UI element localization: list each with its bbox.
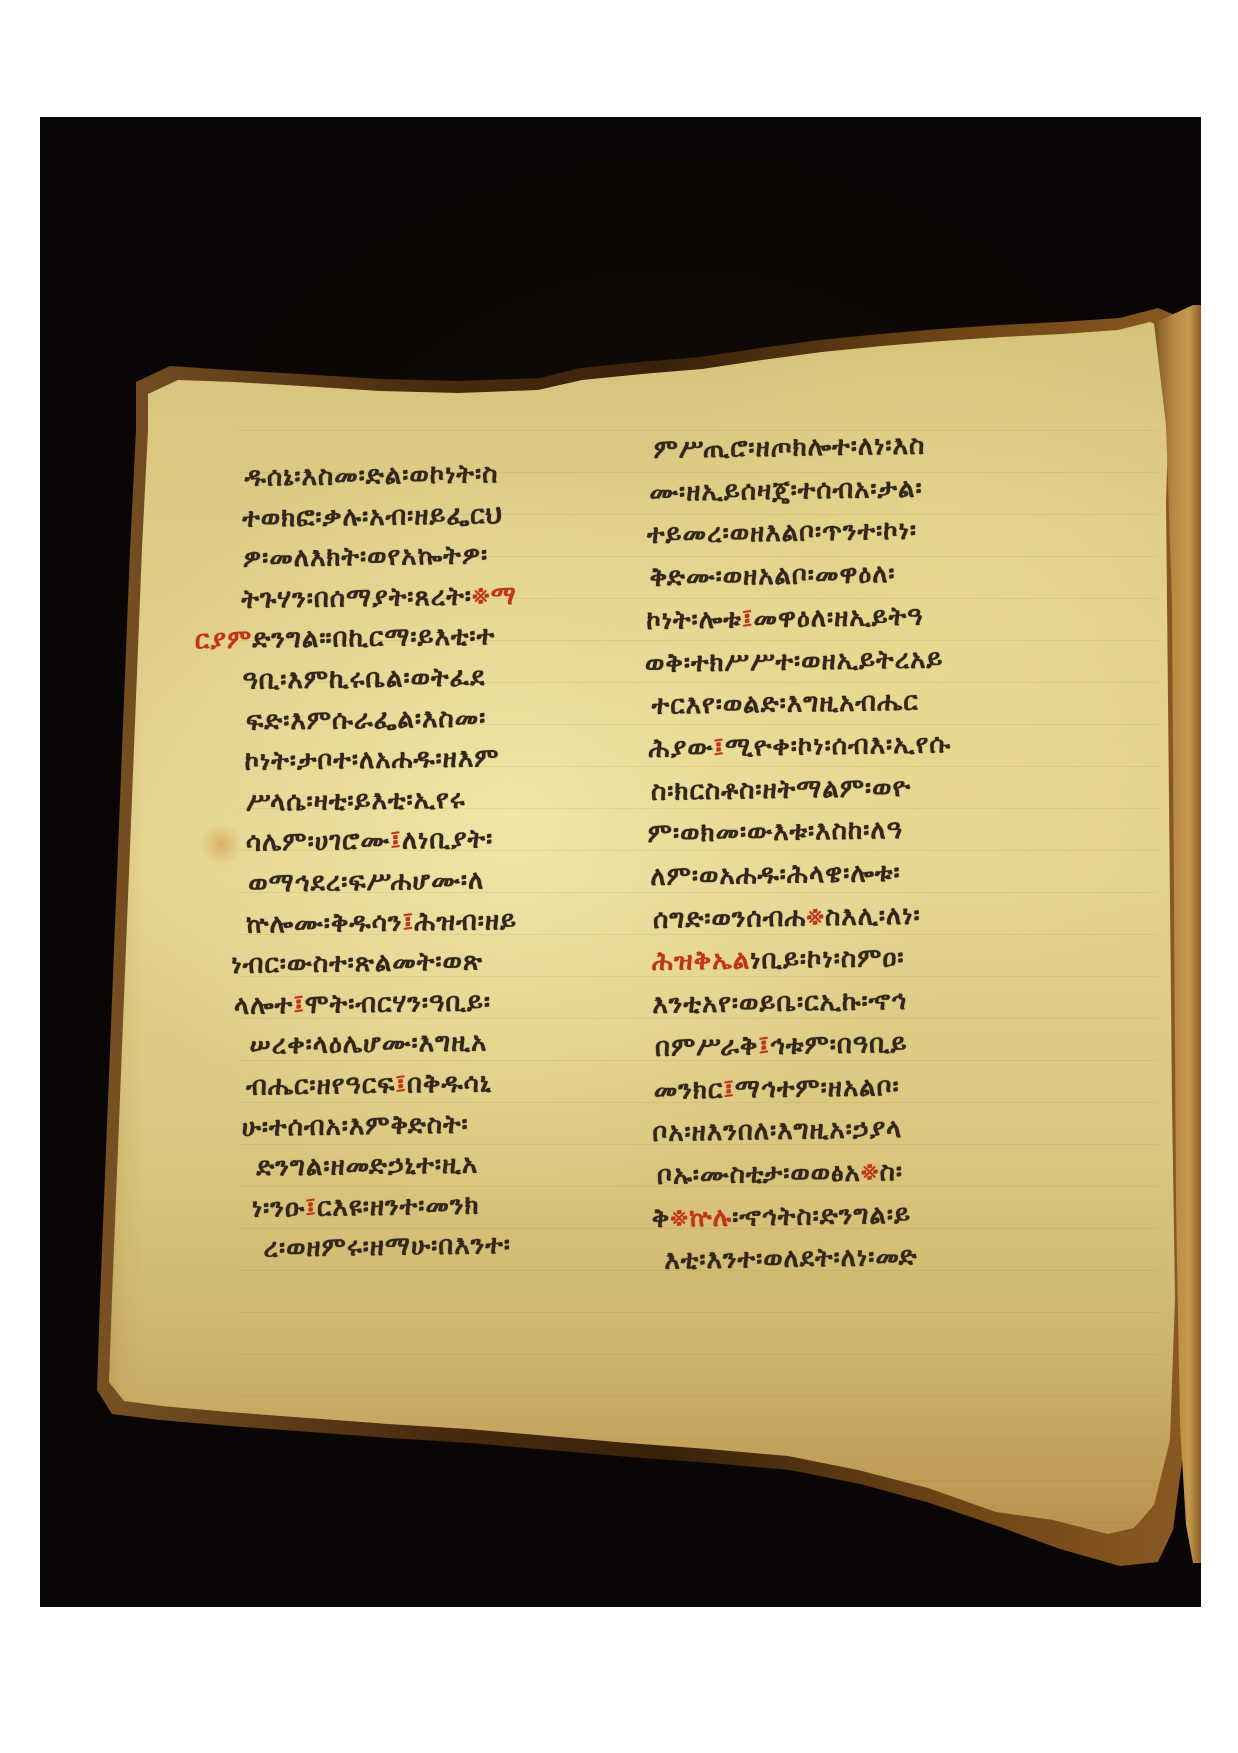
text-line: ብሔር፡ዘየዓርፍ፤በቅዱሳኒ — [246, 1061, 649, 1107]
ink-text-run: ቅ — [651, 1203, 670, 1233]
rubric-text-run: ርያም — [195, 625, 253, 656]
text-line: ትጉሃን፡በሰማያት፡ጸረት፡፠ማ — [241, 574, 642, 620]
ink-text-run: ሁ፡ተሰብአ፡እምቅድስት፡ — [241, 1109, 468, 1142]
ink-text-run: ነቢይ፡ኮነ፡ስምዐ፡ — [750, 943, 905, 975]
rubric-text-run: ፠ — [806, 902, 825, 932]
text-line: ዓቢ፡እምኪሩቤል፡ወትፈደ — [242, 655, 643, 701]
ink-text-run: እቲ፡እንተ፡ወለደት፡ለነ፡መድ — [664, 1242, 918, 1276]
ink-text-run: ፍድ፡እምሱራፌል፡እስመ፡ — [246, 703, 487, 736]
ink-text-run: ፡ኆኅትስ፡ድንግል፡ይ — [732, 1200, 911, 1233]
text-line: ነ፡ንዑ፤ርእዩ፡ዘንተ፡መንክ — [252, 1183, 651, 1229]
ink-text-run: ድንግል።በኪርማ፡ይእቲ፡ተ — [252, 622, 495, 655]
rubric-text-run: ፠ — [861, 1157, 880, 1187]
text-line: ተወክፎ፡ቃሉ፡አብ፡ዘይፌርህ — [242, 493, 641, 539]
ink-text-run: ተወክፎ፡ቃሉ፡አብ፡ዘይፌርህ — [242, 500, 503, 534]
ink-text-run: ስእሊ፡ለነ፡ — [825, 900, 921, 931]
ink-text-run: ሥላሴ፡ዛቲ፡ይእቲ፡ኢየሩ — [246, 784, 466, 817]
ink-text-run: በቅዱሳኒ — [407, 1068, 492, 1099]
rubric-text-run: ፤ — [305, 1193, 317, 1223]
text-line: ሠረቀ፡ላዕሌሆሙ፡እግዚአ — [249, 1021, 648, 1067]
text-line: ድንግል፡ዘመድኃኒተ፡ዚአ — [256, 1142, 650, 1188]
text-line: ፍድ፡እምሱራፌል፡እስመ፡ — [246, 696, 644, 742]
ink-text-run: ወማኅደረ፡ፍሥሐሆሙ፡ለ — [248, 865, 484, 898]
text-line: ዎ፡መለእክት፡ወየአኰትዎ፡ — [242, 533, 641, 579]
ink-text-run: በምሥራቅ — [655, 1031, 759, 1063]
rubric-text-run: ፠ኵሉ — [670, 1202, 732, 1233]
ink-text-run: ኵሎሙ፡ቅዱሳን — [246, 907, 403, 939]
left-text-column: ዱሰኔ፡እስመ፡ድል፡ወኮነት፡ስተወክፎ፡ቃሉ፡አብ፡ዘይፌርህዎ፡መለእክት… — [239, 452, 650, 1269]
ink-text-run: ላሎተ — [234, 990, 294, 1021]
ink-text-run: ድንግል፡ዘመድኃኒተ፡ዚአ — [256, 1150, 478, 1183]
ink-text-run: ሚዮቀ፡ኮነ፡ሰብእ፡ኢየሱ — [725, 729, 952, 763]
ink-text-run: ቅድሙ፡ወዘአልቦ፡መዋዕለ፡ — [649, 559, 895, 593]
text-line: ርያምድንግል።በኪርማ፡ይእቲ፡ተ — [195, 615, 643, 662]
ink-text-run: ስ፡ — [879, 1157, 903, 1187]
ink-text-run: ማኅተም፡ዘአልቦ፡ — [735, 1072, 900, 1105]
ink-text-run: ኮነት፡ታቦተ፡ለአሐዱ፡ዘእም — [244, 743, 499, 777]
text-line: ወማኅደረ፡ፍሥሐሆሙ፡ለ — [248, 858, 646, 904]
text-line: እቲ፡እንተ፡ወለደት፡ለነ፡መድ — [664, 1232, 1159, 1282]
text-line: ነብር፡ውስተ፡ጽልመት፡ወጽ — [231, 939, 647, 985]
ink-text-run: ለም፡ወአሐዱ፡ሕላዌ፡ሎቱ፡ — [650, 858, 901, 892]
text-line: ሥላሴ፡ዛቲ፡ይእቲ፡ኢየሩ — [246, 777, 645, 823]
rubric-text-run: ፠ማ — [472, 581, 517, 612]
text-line: ዱሰኔ፡እስመ፡ድል፡ወኮነት፡ስ — [244, 452, 640, 498]
ink-text-run: ሕዝብ፡ዘይ — [414, 906, 517, 937]
ink-text-run: ዎ፡መለእክት፡ወየአኰትዎ፡ — [243, 541, 489, 574]
ink-text-run: ዓቢ፡እምኪሩቤል፡ወትፈደ — [242, 662, 485, 695]
ink-text-run: ምሥጢሮ፡ዘጦክሎተ፡ለነ፡እስ — [653, 431, 925, 465]
ink-text-run: ቦአ፡ዘእንበለ፡እግዚአ፡ኃያላ — [652, 1114, 902, 1148]
ink-text-run: ኅቱም፡በዓቢይ — [770, 1029, 908, 1061]
ink-text-run: ሕያው — [648, 733, 713, 764]
ink-text-run: መንክር — [653, 1074, 723, 1105]
ink-text-run: ሳሌም፡ሀገሮሙ — [246, 826, 391, 858]
ink-text-run: ተይመረ፡ወዘእልቦ፡ጥንተ፡ኮነ፡ — [647, 516, 918, 550]
ink-text-run: ኮነት፡ሎቱ — [646, 604, 742, 635]
ink-text-run: ሞት፡ብርሃን፡ዓቢይ፡ — [305, 987, 492, 1020]
ink-text-run: ስ፡ክርስቶስ፡ዘትማልም፡ወዮ — [651, 772, 912, 806]
rubric-text-run: ፤ — [713, 733, 725, 763]
rubric-text-run: ፤ — [395, 1069, 407, 1099]
ink-text-run: ለነቢያት፡ — [402, 825, 494, 856]
rubric-text-run: ፤ — [742, 604, 754, 634]
text-line: ሁ፡ተሰብአ፡እምቅድስት፡ — [241, 1102, 649, 1148]
ink-text-run: መዋዕለ፡ዘኢይትዓ — [753, 601, 924, 634]
ink-text-run: ዱሰኔ፡እስመ፡ድል፡ወኮነት፡ስ — [244, 459, 498, 493]
ink-text-run: ርእዩ፡ዘንተ፡መንክ — [317, 1190, 480, 1222]
text-line: ኵሎሙ፡ቅዱሳን፤ሕዝብ፡ዘይ — [246, 899, 647, 945]
right-text-column: ምሥጢሮ፡ዘጦክሎተ፡ለነ፡እስሙ፡ዘኢይሰዛጄ፡ተሰብአ፡ታል፡ተይመረ፡ወዘ… — [645, 421, 1158, 1283]
ink-text-run: ተርእየ፡ወልድ፡እግዚአብሔር — [651, 687, 918, 721]
ink-text-run: ነ፡ንዑ — [252, 1193, 306, 1224]
ink-text-run: ቦኡ፡ሙስቲታ፡ወወፅአ — [657, 1158, 861, 1191]
ink-text-run: ወቅ፡ተክሥሥተ፡ወዘኢይትረአይ — [645, 644, 944, 679]
ink-text-run: እንቲአየ፡ወይቤ፡ርኢኩ፡ኆኅ — [652, 986, 907, 1020]
ink-text-run: ነብር፡ውስተ፡ጽልመት፡ወጽ — [231, 947, 483, 981]
ink-text-run: ብሔር፡ዘየዓርፍ — [246, 1070, 396, 1102]
text-line: ላሎተ፤ሞት፡ብርሃን፡ዓቢይ፡ — [234, 980, 648, 1026]
text-line: ኮነት፡ታቦተ፡ለአሐዱ፡ዘእም — [244, 736, 644, 782]
ink-text-run: ሠረቀ፡ላዕሌሆሙ፡እግዚአ — [249, 1028, 487, 1061]
ink-text-run: ም፡ወክመ፡ውእቱ፡እስከ፡ለዓ — [647, 815, 903, 849]
rubric-text-run: ፤ — [723, 1074, 735, 1104]
ink-text-run: ሙ፡ዘኢይሰዛጄ፡ተሰብአ፡ታል፡ — [649, 473, 923, 507]
rubric-text-run: ፤ — [293, 990, 305, 1020]
manuscript-photograph: ዱሰኔ፡እስመ፡ድል፡ወኮነት፡ስተወክፎ፡ቃሉ፡አብ፡ዘይፌርህዎ፡መለእክት… — [40, 117, 1201, 1607]
text-line: ሳሌም፡ሀገሮሙ፤ለነቢያት፡ — [245, 818, 645, 864]
rubric-text-run: ፤ — [402, 907, 414, 937]
ink-text-run: ትጉሃን፡በሰማያት፡ጸረት፡ — [241, 581, 472, 614]
text-line: ረ፡ወዘምሩ፡ዘማሁ፡በእንተ፡ — [263, 1223, 651, 1269]
page-text-area: ዱሰኔ፡እስመ፡ድል፡ወኮነት፡ስተወክፎ፡ቃሉ፡አብ፡ዘይፌርህዎ፡መለእክት… — [88, 290, 1200, 1607]
manuscript-page: ዱሰኔ፡እስመ፡ድል፡ወኮነት፡ስተወክፎ፡ቃሉ፡አብ፡ዘይፌርህዎ፡መለእክት… — [88, 290, 1200, 1607]
rubric-text-run: ፤ — [758, 1031, 770, 1061]
rubric-text-run: ሕዝቅኤል — [651, 946, 750, 978]
ink-text-run: ረ፡ወዘምሩ፡ዘማሁ፡በእንተ፡ — [263, 1230, 511, 1263]
ink-text-run: ሰግድ፡ወንሰብሐ — [653, 902, 807, 934]
rubric-text-run: ፤ — [390, 826, 402, 856]
